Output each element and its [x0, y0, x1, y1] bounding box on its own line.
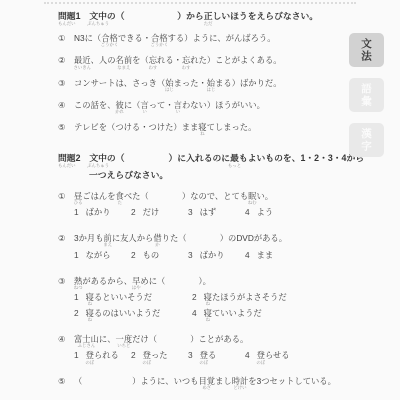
problem2-question-4: ④ 富士山ふじさんに、一度いちどだけ（ ）ことがある。	[58, 335, 350, 344]
problem2-heading-text2: 一つえらびなさい。	[89, 170, 168, 180]
problem1-item-3: ③ コンサートは、さっき（始はじまった・始はじまる）ばかりだ。	[58, 79, 350, 88]
tab-kanji[interactable]: 漢字	[349, 123, 384, 157]
option[interactable]: 1寝ねるといいそうだ	[74, 293, 192, 302]
question-number: ①	[58, 192, 71, 201]
worksheet-content: 問題もんだい1 文中ぶんちゅうの（ ）から正ただしいほうをえらびなさい。 ① N…	[58, 12, 350, 394]
problem2-question-5: ⑤ （ ）ように、いつも目覚めざまし時計どけいを3つセットしている。	[58, 377, 350, 386]
question-text: 富士山ふじさんに、一度いちどだけ（ ）ことがある。	[74, 335, 248, 344]
item-number: ①	[58, 34, 71, 43]
problem1-item-2: ② 最近さいきん、人の名前なまえを（忘わすれる・忘わすれた）ことがよくある。	[58, 56, 350, 65]
option[interactable]: 4まま	[245, 251, 302, 260]
option[interactable]: 3ばかり	[188, 251, 245, 260]
question-text: 熱ねつがあるから、早はやめに（ ）。	[74, 277, 211, 286]
item-number: ④	[58, 101, 71, 110]
problem2-heading-text1: 問題もんだい2 文中ぶんちゅうの（ ）に入れるのに最もっともよいものを、1・2・…	[58, 153, 364, 163]
option[interactable]: 2寝ねるのはいいようだ	[74, 309, 192, 318]
item-number: ②	[58, 56, 71, 65]
item-number: ⑤	[58, 123, 71, 132]
option[interactable]: 4よう	[245, 208, 302, 217]
option[interactable]: 2寝ねたほうがよさそうだ	[192, 293, 350, 302]
tab-grammar[interactable]: 文法	[349, 33, 384, 67]
question-text: （ ）ように、いつも目覚めざまし時計どけいを3つセットしている。	[74, 377, 336, 386]
problem1-item-5: ⑤ テレビを（つける・つけた）まま寝ねてしまった。	[58, 123, 350, 132]
problem2-question-2-options: 1ながら 2もの 3ばかり 4まま	[58, 251, 350, 260]
option[interactable]: 1ばかり	[74, 208, 131, 217]
tab-vocabulary[interactable]: 語彙	[349, 78, 384, 112]
option[interactable]: 3はず	[188, 208, 245, 217]
question-number: ④	[58, 335, 71, 344]
question-number: ③	[58, 277, 71, 286]
problem2-question-4-options: 1登のぼられる 2登のぼった 3登のぼる 4登のぼらせる	[58, 351, 350, 360]
problem2-heading-line2: 一つえらびなさい。	[58, 171, 350, 180]
option[interactable]: 1登のぼられる	[74, 351, 131, 360]
option[interactable]: 2登のぼった	[131, 351, 188, 360]
question-number: ②	[58, 234, 71, 243]
problem2-question-1: ① 昼ひるごはんを食たべた（ ）なので、とても眠ねむい。	[58, 192, 350, 201]
section-tabs: 文法 語彙 漢字	[349, 33, 384, 168]
question-text: 昼ひるごはんを食たべた（ ）なので、とても眠ねむい。	[74, 192, 273, 201]
item-text: 最近さいきん、人の名前なまえを（忘わすれる・忘わすれた）ことがよくある。	[74, 56, 282, 65]
question-text: 3か月も前まえに友人から借かりた（ ）のDVDがある。	[74, 234, 287, 243]
problem2-question-3-options: 1寝ねるといいそうだ 2寝ねたほうがよさそうだ 2寝ねるのはいいようだ 4寝ねて…	[58, 293, 350, 317]
option[interactable]: 4寝ねていいようだ	[192, 309, 350, 318]
page-top-dotted-line	[44, 2, 356, 4]
problem1-item-1: ① N3に（合格ごうかくできる・合格ごうかくする）ように、がんばろう。	[58, 34, 350, 43]
item-text: N3に（合格ごうかくできる・合格ごうかくする）ように、がんばろう。	[74, 34, 276, 43]
option[interactable]: 2だけ	[131, 208, 188, 217]
option[interactable]: 3登のぼる	[188, 351, 245, 360]
item-text: コンサートは、さっき（始はじまった・始はじまる）ばかりだ。	[74, 79, 282, 88]
question-number: ⑤	[58, 377, 71, 386]
item-text: テレビを（つける・つけた）まま寝ねてしまった。	[74, 123, 256, 132]
problem2-heading-line1: 問題もんだい2 文中ぶんちゅうの（ ）に入れるのに最もっともよいものを、1・2・…	[58, 154, 350, 163]
problem2-question-1-options: 1ばかり 2だけ 3はず 4よう	[58, 208, 350, 217]
option[interactable]: 4登のぼらせる	[245, 351, 302, 360]
option[interactable]: 2もの	[131, 251, 188, 260]
item-number: ③	[58, 79, 71, 88]
problem1-heading: 問題もんだい1 文中ぶんちゅうの（ ）から正ただしいほうをえらびなさい。	[58, 12, 350, 21]
item-text: この話を、彼かれに（言いって・言いわない）ほうがいい。	[74, 101, 265, 110]
problem1-heading-text: 問題もんだい1 文中ぶんちゅうの（ ）から正ただしいほうをえらびなさい。	[58, 11, 318, 21]
problem2-question-2: ② 3か月も前まえに友人から借かりた（ ）のDVDがある。	[58, 234, 350, 243]
problem1-item-4: ④ この話を、彼かれに（言いって・言いわない）ほうがいい。	[58, 101, 350, 110]
problem2-question-3: ③ 熱ねつがあるから、早はやめに（ ）。	[58, 277, 350, 286]
option[interactable]: 1ながら	[74, 251, 131, 260]
